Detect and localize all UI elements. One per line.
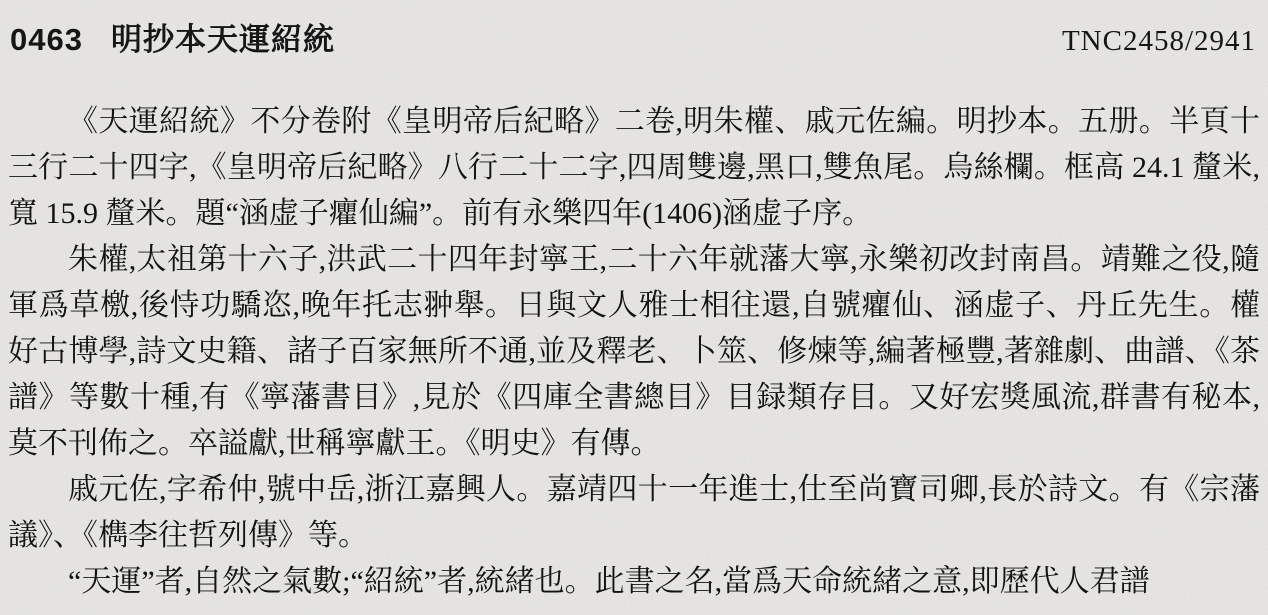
- entry-body: 《天運紹統》不分卷附《皇明帝后紀略》二卷,明朱權、戚元佐編。明抄本。五册。半頁十…: [8, 99, 1260, 605]
- entry-title: 明抄本天運紹統: [111, 22, 335, 57]
- paragraph-bibliographic-description: 《天運紹統》不分卷附《皇明帝后紀略》二卷,明朱權、戚元佐編。明抄本。五册。半頁十…: [8, 99, 1260, 237]
- paragraph-zhu-quan-biography: 朱權,太祖第十六子,洪武二十四年封寧王,二十六年就藩大寧,永樂初改封南昌。靖難之…: [8, 237, 1260, 467]
- entry-number: 0463: [10, 22, 83, 57]
- catalog-page: 0463明抄本天運紹統 TNC2458/2941 《天運紹統》不分卷附《皇明帝后…: [0, 0, 1268, 605]
- paragraph-title-explanation: “天運”者,自然之氣數;“紹統”者,統緒也。此書之名,當爲天命統緒之意,即歷代人…: [8, 559, 1260, 605]
- paragraph-qi-yuanzuo-biography: 戚元佐,字希仲,號中岳,浙江嘉興人。嘉靖四十一年進士,仕至尚寶司卿,長於詩文。有…: [8, 467, 1260, 559]
- page-header: 0463明抄本天運紹統 TNC2458/2941: [8, 12, 1260, 59]
- entry-heading: 0463明抄本天運紹統: [10, 14, 335, 59]
- catalog-code: TNC2458/2941: [1062, 25, 1256, 58]
